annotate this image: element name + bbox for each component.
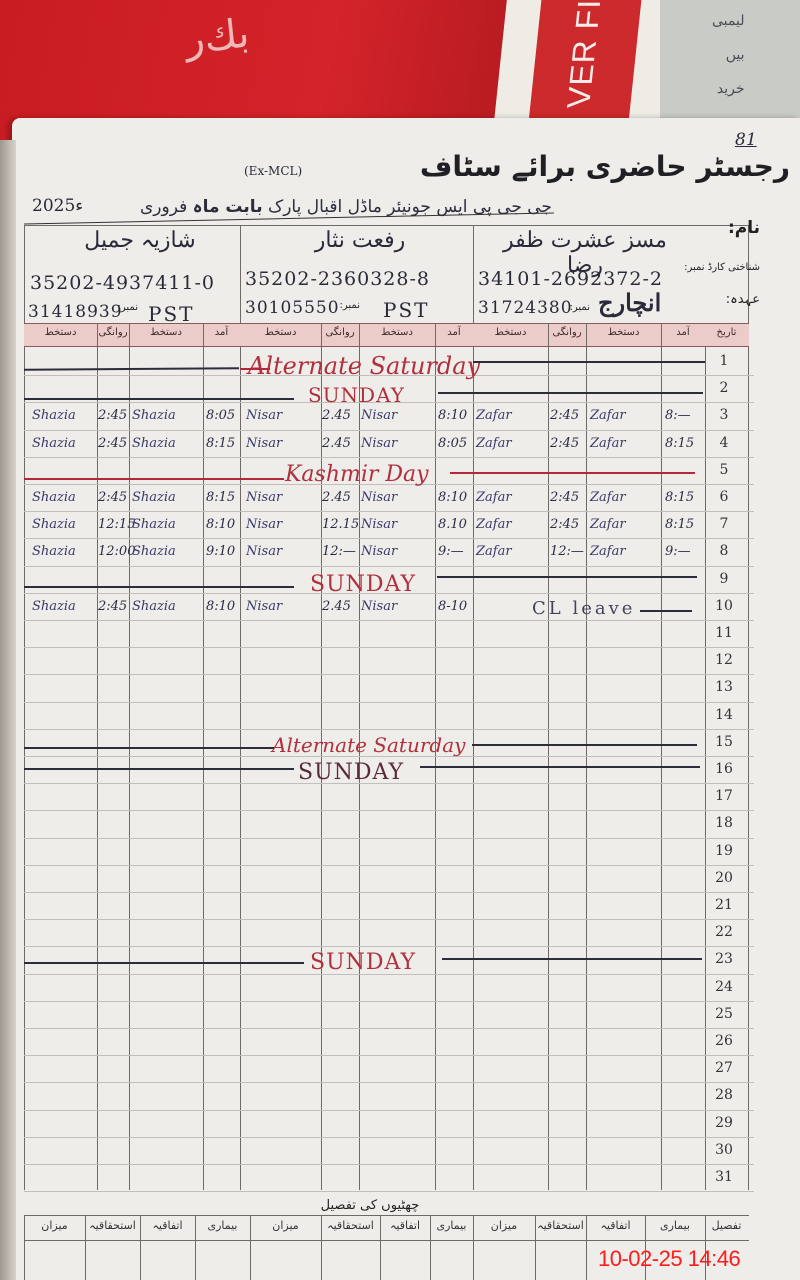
staff2-number-label: نمبر:: [330, 300, 360, 311]
staff2-in-day6: 8:10: [438, 490, 467, 505]
staff1-sign-out-day8: Zafar: [476, 544, 512, 559]
staff2-in-day8: 9:—: [438, 544, 464, 559]
staff2-sign-out-day4: Nisar: [246, 436, 282, 451]
leave-summary-col: بیماری: [645, 1219, 705, 1232]
staff1-sign-in-day4: Zafar: [590, 436, 626, 451]
leave-summary-col: بیماری: [430, 1219, 473, 1232]
footer-header-line: [24, 1240, 749, 1241]
staff3-sign-out-day4: Shazia: [32, 436, 76, 451]
strike-day9-right: [437, 576, 697, 578]
row-divider: [24, 1001, 754, 1002]
staff1-in-day4: 8:15: [665, 436, 694, 451]
strike-day16-right: [420, 766, 700, 768]
photo-timestamp: 10-02-25 14:46: [598, 1246, 740, 1272]
staff2-sign-in-day10: Nisar: [361, 599, 397, 614]
month-value: فروری: [140, 197, 187, 217]
date-cell: 21: [704, 897, 744, 913]
row-divider: [24, 1191, 754, 1192]
date-cell: 30: [704, 1142, 744, 1158]
staff2-cnic: 35202-2360328-8: [245, 268, 430, 290]
staff3-col-arrival: آمد: [203, 327, 240, 338]
staff1-in-day8: 9:—: [665, 544, 691, 559]
strike-day5-left: [24, 478, 284, 480]
date-cell: 2: [704, 380, 744, 396]
frame-right: [748, 225, 749, 1190]
staff3-out-day7: 12:15: [98, 517, 135, 532]
leave-summary-col: اتفاقیہ: [140, 1219, 195, 1232]
staff1-number-label: نمبر:: [560, 302, 590, 313]
frame-top: [24, 225, 749, 226]
footer-col-line: [430, 1215, 431, 1280]
row-divider: [24, 538, 754, 539]
staff3-in-day8: 9:10: [206, 544, 235, 559]
date-cell: 4: [704, 435, 744, 451]
date-cell: 1: [704, 353, 744, 369]
col-date: تاریخ: [705, 327, 748, 338]
staff2-out-day7: 12.15: [322, 517, 359, 532]
staff3-number-label: نمبر:: [108, 302, 138, 313]
annotation-day2: SUNDAY: [308, 383, 405, 407]
staff2-out-day6: 2.45: [322, 490, 351, 505]
staff3-sign-in-day10: Shazia: [132, 599, 176, 614]
staff1-sign-out-day6: Zafar: [476, 490, 512, 505]
staff3-sign-in-day4: Shazia: [132, 436, 176, 451]
date-cell: 19: [704, 843, 744, 859]
staff1-sign-out-day7: Zafar: [476, 517, 512, 532]
date-cell: 7: [704, 516, 744, 532]
date-cell: 5: [704, 462, 744, 478]
staff2-sign-out-day10: Nisar: [246, 599, 282, 614]
footer-col-line: [85, 1215, 86, 1280]
staff3-cnic: 35202-4937411-0: [30, 272, 215, 294]
annotation-day16: SUNDAY: [298, 760, 404, 785]
background-page-text: لیمبی بیں خرید: [712, 4, 744, 106]
staff1-out-day7: 2:45: [550, 517, 579, 532]
date-cell: 11: [704, 625, 744, 641]
annotation-day15: Alternate Saturday: [272, 733, 465, 757]
staff3-in-day7: 8:10: [206, 517, 235, 532]
footer-col-line: [195, 1215, 196, 1280]
staff1-sign-out-day4: Zafar: [476, 436, 512, 451]
row-divider: [24, 919, 754, 920]
staff3-in-day10: 8:10: [206, 599, 235, 614]
staff2-sign-in-day4: Nisar: [361, 436, 397, 451]
date-cell: 28: [704, 1087, 744, 1103]
staff2-sign-in-day7: Nisar: [361, 517, 397, 532]
footer-col-line: [24, 1215, 25, 1280]
leave-summary-col: تفصیل: [705, 1219, 748, 1232]
row-divider: [24, 729, 754, 730]
staff3-out-day10: 2:45: [98, 599, 127, 614]
divider-staff3-staff2: [240, 225, 241, 1190]
date-cell: 22: [704, 924, 744, 940]
staff1-out-day3: 2:45: [550, 408, 579, 423]
date-cell: 14: [704, 707, 744, 723]
staff3-col-departure: روانگی: [97, 327, 129, 338]
strike-day16-left: [24, 768, 294, 770]
staff2-designation: PST: [383, 298, 430, 322]
folder-scribble: ﺑﻚﺭ: [183, 0, 417, 72]
row-divider: [24, 674, 754, 675]
staff2-in-day3: 8:10: [438, 408, 467, 423]
staff2-col-signature-in: دستخط: [359, 327, 435, 338]
staff3-sign-out-day8: Shazia: [32, 544, 76, 559]
date-cell: 17: [704, 788, 744, 804]
footer-col-line: [380, 1215, 381, 1280]
leave-summary-col: میزان: [24, 1219, 85, 1232]
staff2-sign-out-day6: Nisar: [246, 490, 282, 505]
row-divider: [24, 702, 754, 703]
row-divider: [24, 810, 754, 811]
register-title: رجسٹر حاضری برائے سٹاف: [240, 150, 790, 183]
date-cell: 6: [704, 489, 744, 505]
staff2-out-day8: 12:—: [322, 544, 356, 559]
staff2-in-day7: 8.10: [438, 517, 467, 532]
staff2-out-day4: 2.45: [322, 436, 351, 451]
date-cell: 9: [704, 571, 744, 587]
staff3-sign-in-day7: Shazia: [132, 517, 176, 532]
staff3-sign-out-day7: Shazia: [32, 517, 76, 532]
row-divider: [24, 892, 754, 893]
leave-summary-col: اتفاقیہ: [586, 1219, 645, 1232]
staff1-sign-in-day3: Zafar: [590, 408, 626, 423]
leave-summary-col: استحقاقیہ: [535, 1219, 586, 1232]
date-cell: 31: [704, 1169, 744, 1185]
staff2-in-day4: 8:05: [438, 436, 467, 451]
staff1-sign-in-day7: Zafar: [590, 517, 626, 532]
strike-day23-right: [442, 958, 702, 960]
staff2-col-signature: دستخط: [240, 327, 321, 338]
row-divider: [24, 946, 754, 947]
row-divider: [24, 838, 754, 839]
date-cell: 24: [704, 979, 744, 995]
row-divider: [24, 1137, 754, 1138]
footer-col-line: [250, 1215, 251, 1280]
staff1-sign-in-day8: Zafar: [590, 544, 626, 559]
date-cell: 16: [704, 761, 744, 777]
page-binding: [0, 140, 16, 1280]
annotation-day9: SUNDAY: [310, 572, 416, 597]
footer-col-line: [321, 1215, 322, 1280]
staff3-out-day3: 2:45: [98, 408, 127, 423]
staff1-col-signature: دستخط: [473, 327, 548, 338]
annotation-day23: SUNDAY: [310, 950, 416, 975]
leave-line: [640, 610, 692, 612]
staff3-col-signature: دستخط: [24, 327, 97, 338]
date-cell: 18: [704, 815, 744, 831]
date-cell: 20: [704, 870, 744, 886]
row-divider: [24, 1028, 754, 1029]
staff1-out-day4: 2:45: [550, 436, 579, 451]
staff1-number: 31724380: [478, 298, 573, 318]
year-value: 2025ء: [32, 196, 83, 216]
staff2-sign-in-day6: Nisar: [361, 490, 397, 505]
staff2-col-departure: روانگی: [321, 327, 359, 338]
staff1-in-day3: 8:—: [665, 408, 691, 423]
staff3-in-day6: 8:15: [206, 490, 235, 505]
leave-summary-col: اتفاقیہ: [380, 1219, 430, 1232]
strike-day1-red: [240, 368, 270, 370]
row-divider: [24, 511, 754, 512]
row-divider: [24, 1110, 754, 1111]
staff3-sign-in-day6: Shazia: [132, 490, 176, 505]
strike-day5-right: [450, 472, 695, 474]
footer-col-line: [586, 1215, 587, 1280]
folder-label-text: VER FIL: [560, 0, 610, 108]
staff2-name: رفعت نثار: [270, 228, 450, 253]
staff3-sign-out-day3: Shazia: [32, 408, 76, 423]
staff3-out-day8: 12:00: [98, 544, 135, 559]
leave-summary-col: استحقاقیہ: [321, 1219, 380, 1232]
date-cell: 15: [704, 734, 744, 750]
school-note: (Ex-MCL): [244, 164, 302, 178]
staff1-col-arrival: آمد: [661, 327, 705, 338]
date-cell: 26: [704, 1033, 744, 1049]
date-cell: 25: [704, 1006, 744, 1022]
row-divider: [24, 865, 754, 866]
date-cell: 10: [704, 598, 744, 614]
date-cell: 23: [704, 951, 744, 967]
staff3-sign-in-day8: Shazia: [132, 544, 176, 559]
staff1-designation: انچارج: [598, 288, 661, 317]
row-divider: [24, 457, 754, 458]
staff1-out-day8: 12:—: [550, 544, 584, 559]
staff3-in-day3: 8:05: [206, 408, 235, 423]
leave-summary-col: استحقاقیہ: [85, 1219, 140, 1232]
staff2-in-day10: 8-10: [438, 599, 467, 614]
staff2-out-day3: 2.45: [322, 408, 351, 423]
staff3-out-day4: 2:45: [98, 436, 127, 451]
staff2-sign-in-day3: Nisar: [361, 408, 397, 423]
name-label: نام:: [700, 218, 760, 238]
footer-col-line: [140, 1215, 141, 1280]
strike-day2-left: [24, 398, 294, 400]
leave-summary-col: میزان: [473, 1219, 535, 1232]
staff2-col-arrival: آمد: [435, 327, 473, 338]
staff1-col-signature-in: دستخط: [586, 327, 661, 338]
row-divider: [24, 430, 754, 431]
strike-day15-left: [24, 747, 274, 749]
footer-top-line: [24, 1215, 749, 1216]
staff1-out-day6: 2:45: [550, 490, 579, 505]
annotation-day1: Alternate Saturday: [248, 352, 480, 380]
strike-day2-right: [438, 392, 703, 394]
staff3-sign-out-day10: Shazia: [32, 599, 76, 614]
staff2-number: 30105550: [245, 298, 340, 318]
staff2-sign-out-day7: Nisar: [246, 517, 282, 532]
footer-col-line: [535, 1215, 536, 1280]
row-divider: [24, 1164, 754, 1165]
staff2-out-day10: 2.45: [322, 599, 351, 614]
page-number: 81: [735, 130, 757, 150]
annotation-day5: Kashmir Day: [285, 462, 429, 487]
leave-summary-title: چھٹیوں کی تفصیل: [300, 1198, 440, 1213]
row-divider: [24, 566, 754, 567]
date-cell: 27: [704, 1060, 744, 1076]
staff1-col-departure: روانگی: [548, 327, 586, 338]
staff1-in-day6: 8:15: [665, 490, 694, 505]
row-divider: [24, 1055, 754, 1056]
staff1-sign-out-day3: Zafar: [476, 408, 512, 423]
staff3-col-signature-in: دستخط: [129, 327, 203, 338]
staff1-cnic: 34101-2692372-2: [478, 268, 663, 290]
date-cell: 8: [704, 543, 744, 559]
date-cell: 13: [704, 679, 744, 695]
date-cell: 12: [704, 652, 744, 668]
leave-summary-col: میزان: [250, 1219, 321, 1232]
cnic-label: شناختی کارڈ نمبر:: [680, 262, 760, 273]
footer-col-line: [473, 1215, 474, 1280]
staff1-sign-in-day6: Zafar: [590, 490, 626, 505]
staff1-in-day7: 8:15: [665, 517, 694, 532]
row-divider: [24, 1082, 754, 1083]
designation-label: عہدہ:: [710, 292, 760, 307]
staff2-sign-out-day8: Nisar: [246, 544, 282, 559]
strike-day15-right: [472, 744, 697, 746]
month-label: بابت ماہ: [193, 197, 263, 217]
staff3-in-day4: 8:15: [206, 436, 235, 451]
staff3-sign-in-day3: Shazia: [132, 408, 176, 423]
strike-day9-left: [24, 586, 294, 588]
date-cell: 29: [704, 1115, 744, 1131]
leave-summary-col: بیماری: [195, 1219, 250, 1232]
staff2-sign-out-day3: Nisar: [246, 408, 282, 423]
folder-label: VER FIL: [529, 0, 642, 122]
strike-day23-left: [24, 962, 304, 964]
staff3-out-day6: 2:45: [98, 490, 127, 505]
date-cell: 3: [704, 407, 744, 423]
strike-day1-right: [473, 361, 705, 363]
row-divider: [24, 647, 754, 648]
staff3-name: شازیہ جمیل: [60, 228, 220, 253]
staff2-sign-in-day8: Nisar: [361, 544, 397, 559]
row-divider: [24, 620, 754, 621]
leave-note-day10: CL leave: [532, 598, 635, 619]
staff3-sign-out-day6: Shazia: [32, 490, 76, 505]
